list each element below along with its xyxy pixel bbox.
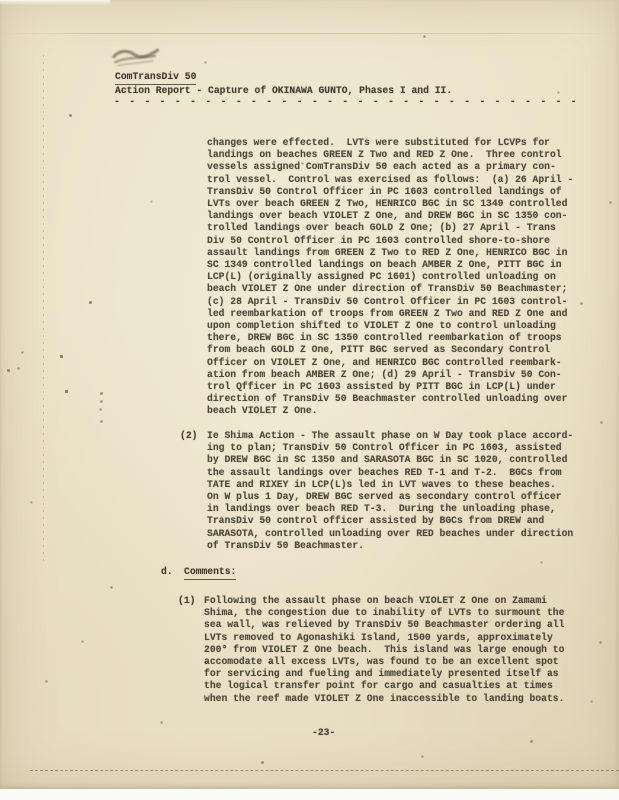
list-item-2-label: (2) xyxy=(180,430,197,442)
paragraph-ie-shima-action: Ie Shima Action - The assault phase on W… xyxy=(207,430,573,552)
paragraph-comment-1: Following the assault phase on beach VIO… xyxy=(204,595,564,705)
scanner-background xyxy=(0,789,619,800)
horizontal-crease-bottom xyxy=(30,770,619,771)
dashed-separator: - - - - - - - - - - - - - - - - - - - - … xyxy=(114,96,578,108)
stamp-scribble-icon xyxy=(108,43,166,71)
vertical-fold-line xyxy=(43,55,44,565)
paper-top-edge xyxy=(0,0,110,5)
paragraph-continuation: changes were effected. LVTs were substit… xyxy=(207,137,573,418)
report-org-line: ComTransDiv 50 xyxy=(115,71,196,85)
page-number: -23- xyxy=(312,727,335,739)
comments-section-prefix: d. xyxy=(161,566,173,578)
scanned-document-page: ComTransDiv 50 Action Report - Capture o… xyxy=(0,0,619,800)
paper-speckles xyxy=(0,0,1,1)
illegible-stamp-mark xyxy=(108,43,166,71)
horizontal-crease-top xyxy=(0,33,619,34)
paper-sheet: ComTransDiv 50 Action Report - Capture o… xyxy=(0,0,619,789)
comment-1-label: (1) xyxy=(178,595,195,607)
comments-section-heading: Comments: xyxy=(184,566,236,580)
